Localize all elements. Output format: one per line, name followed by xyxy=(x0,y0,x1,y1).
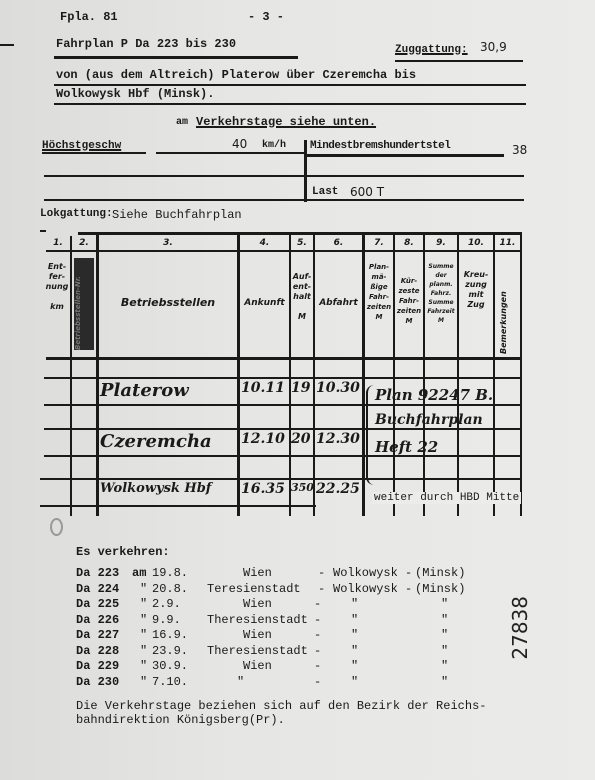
page-number: - 3 - xyxy=(248,10,284,24)
arrival-time: 10.11 xyxy=(241,380,285,396)
header-station-number: Betriebsstellen-Nr. xyxy=(74,258,94,350)
schedule-from: Theresienstadt xyxy=(207,644,308,658)
schedule-prefix: " xyxy=(140,628,147,642)
schedule-from: Theresienstadt xyxy=(207,613,308,627)
train-type-value: 30,9 xyxy=(480,40,507,54)
footnote-line-1: Die Verkehrstage beziehen sich auf den B… xyxy=(76,699,486,713)
schedule-to: (Minsk) xyxy=(415,566,465,580)
schedule-dash: - xyxy=(314,675,321,689)
table-mark xyxy=(40,230,46,232)
col-line-7 xyxy=(393,232,395,516)
schedule-date: 16.9. xyxy=(152,628,188,642)
schedule-prefix: " xyxy=(140,644,147,658)
train-type-label: Zuggattung: xyxy=(395,44,468,56)
col-line-11 xyxy=(520,232,522,516)
loco-value: Siehe Buchfahrplan xyxy=(112,208,242,222)
arrival-time: 16.35 xyxy=(241,481,285,497)
station-name: Wolkowysk Hbf xyxy=(100,481,211,496)
title-underline xyxy=(54,56,298,59)
max-speed-line xyxy=(156,152,304,154)
schedule-dash: - xyxy=(405,582,412,596)
schedule-date: 2.9. xyxy=(152,597,181,611)
route-line-2: Wolkowysk Hbf (Minsk). xyxy=(56,87,214,101)
param-line-2 xyxy=(44,175,524,177)
header-shortest-time: Kür- zeste Fahr- zeiten M xyxy=(395,276,423,326)
loco-label: Lokgattung: xyxy=(40,208,113,220)
row-line xyxy=(44,404,520,406)
station-name: Platerow xyxy=(100,380,189,401)
max-speed-unit: km/h xyxy=(262,140,286,151)
schedule-date: 20.8. xyxy=(152,582,188,596)
column-number: 5. xyxy=(291,238,313,248)
schedule-train: Da 224 xyxy=(76,582,119,596)
schedule-to: " xyxy=(441,675,448,689)
header-departure: Abfahrt xyxy=(315,298,362,308)
operating-days: Verkehrstage siehe unten. xyxy=(196,115,376,129)
schedule-date: 7.10. xyxy=(152,675,188,689)
schedule-to: (Minsk) xyxy=(415,582,465,596)
table-number-row-line xyxy=(46,250,520,252)
route-underline-1 xyxy=(54,84,526,86)
remark-buchfahrplan: Buchfahrplan xyxy=(375,412,483,428)
schedule-train: Da 223 xyxy=(76,566,119,580)
archive-stamp: 27838 xyxy=(508,596,532,660)
punch-mark xyxy=(50,518,63,536)
form-number: Fpla. 81 xyxy=(60,10,118,24)
schedule-from: Wien xyxy=(243,566,272,580)
schedule-dash: - xyxy=(405,566,412,580)
row-line xyxy=(40,505,316,507)
min-brake-label: Mindestbremshundertstel xyxy=(310,140,450,152)
column-number: 9. xyxy=(425,238,457,248)
row-line xyxy=(44,377,520,379)
schedule-train: Da 230 xyxy=(76,675,119,689)
schedule-train: Da 227 xyxy=(76,628,119,642)
schedule-from: Wien xyxy=(243,597,272,611)
schedule-train: Da 229 xyxy=(76,659,119,673)
schedule-prefix: " xyxy=(140,582,147,596)
schedule-via: " xyxy=(351,613,358,627)
schedule-dash: - xyxy=(314,628,321,642)
station-name: Czeremcha xyxy=(100,431,212,452)
table-header-bottom xyxy=(46,357,520,360)
col-line-5 xyxy=(313,232,315,516)
column-number: 3. xyxy=(99,238,237,248)
route-underline-2 xyxy=(54,103,526,105)
schedule-heading: Es verkehren: xyxy=(76,545,170,559)
departure-time: 22.25 xyxy=(316,481,360,497)
header-distance: Ent- fer- nung km xyxy=(44,262,70,312)
min-brake-value: 38 xyxy=(512,143,527,157)
load-value: 600 T xyxy=(350,185,384,199)
schedule-via: Wolkowysk xyxy=(333,566,398,580)
schedule-dash: - xyxy=(314,644,321,658)
schedule-via: " xyxy=(351,659,358,673)
header-sum-time: Summe der planm. Fahrz. Summe Fahrzeit M xyxy=(425,262,457,325)
header-arrival: Ankunft xyxy=(240,298,289,308)
stop-duration: 350 xyxy=(291,481,314,494)
footnote-line-2: bahndirektion Königsberg(Pr). xyxy=(76,713,285,727)
schedule-date: 23.9. xyxy=(152,644,188,658)
schedule-dash: - xyxy=(314,659,321,673)
schedule-from: Wien xyxy=(243,659,272,673)
col-line-3 xyxy=(237,232,240,516)
header-stations: Betriebsstellen xyxy=(99,298,237,308)
table-top-border xyxy=(78,232,520,235)
schedule-prefix: " xyxy=(140,675,147,689)
schedule-train: Da 226 xyxy=(76,613,119,627)
col-line-1 xyxy=(70,236,72,516)
row-line xyxy=(40,478,520,480)
header-planned-time: Plan- mä- ßige Fahr- zeiten M xyxy=(365,262,393,322)
column-number: 6. xyxy=(315,238,362,248)
schedule-dash: - xyxy=(318,582,325,596)
stop-duration: 19 xyxy=(291,380,310,396)
schedule-from: " xyxy=(237,675,244,689)
departure-time: 12.30 xyxy=(316,431,360,447)
column-number: 8. xyxy=(395,238,423,248)
train-type-underline xyxy=(395,60,523,62)
row-line xyxy=(44,428,520,430)
margin-mark xyxy=(0,44,14,46)
schedule-to: " xyxy=(441,659,448,673)
schedule-date: 30.9. xyxy=(152,659,188,673)
row-line xyxy=(44,455,520,457)
schedule-dash: - xyxy=(314,613,321,627)
schedule-from: Wien xyxy=(243,628,272,642)
schedule-prefix: " xyxy=(140,597,147,611)
schedule-via: Wolkowysk xyxy=(333,582,398,596)
departure-time: 10.30 xyxy=(316,380,360,396)
load-label: Last xyxy=(312,186,338,198)
header-remarks: Bemerkungen xyxy=(499,258,508,354)
column-number: 10. xyxy=(459,238,493,248)
column-number: 1. xyxy=(46,238,70,248)
timetable-title: Fahrplan P Da 223 bis 230 xyxy=(56,37,236,51)
column-number: 7. xyxy=(365,238,393,248)
max-speed-label: Höchstgeschw xyxy=(42,140,121,152)
schedule-via: " xyxy=(351,675,358,689)
arrival-time: 12.10 xyxy=(241,431,285,447)
schedule-via: " xyxy=(351,644,358,658)
remark-typed: weiter durch HBD Mitte xyxy=(372,492,521,504)
min-brake-line xyxy=(306,154,504,157)
schedule-date: 19.8. xyxy=(152,566,188,580)
schedule-to: " xyxy=(441,613,448,627)
schedule-train: Da 225 xyxy=(76,597,119,611)
route-line-1: von (aus dem Altreich) Platerow über Cze… xyxy=(56,68,416,82)
schedule-train: Da 228 xyxy=(76,644,119,658)
header-stop: Auf- ent- halt M xyxy=(291,272,313,322)
schedule-via: " xyxy=(351,597,358,611)
schedule-prefix: " xyxy=(140,659,147,673)
column-number: 2. xyxy=(72,238,96,248)
schedule-to: " xyxy=(441,597,448,611)
column-number: 4. xyxy=(240,238,289,248)
operating-days-prefix: am xyxy=(176,117,188,128)
col-line-10 xyxy=(493,232,495,516)
max-speed-value: 40 xyxy=(232,137,247,151)
param-line-3 xyxy=(44,199,524,201)
schedule-date: 9.9. xyxy=(152,613,181,627)
remark-plan: Plan 92247 B. xyxy=(375,386,493,404)
schedule-via: " xyxy=(351,628,358,642)
schedule-from: Teresienstadt xyxy=(207,582,301,596)
stop-duration: 20 xyxy=(291,431,310,447)
schedule-dash: - xyxy=(318,566,325,580)
col-line-2 xyxy=(96,232,99,516)
schedule-to: " xyxy=(441,644,448,658)
schedule-prefix: " xyxy=(140,613,147,627)
param-divider xyxy=(304,140,307,202)
schedule-prefix: am xyxy=(132,566,146,580)
header-crossing: Kreu- zung mit Zug xyxy=(459,270,493,310)
max-speed-label-line xyxy=(42,152,146,154)
remark-heft: Heft 22 xyxy=(375,438,438,456)
schedule-to: " xyxy=(441,628,448,642)
schedule-dash: - xyxy=(314,597,321,611)
column-number: 11. xyxy=(495,238,520,248)
document-page: Fpla. 81 - 3 - Fahrplan P Da 223 bis 230… xyxy=(0,0,595,780)
